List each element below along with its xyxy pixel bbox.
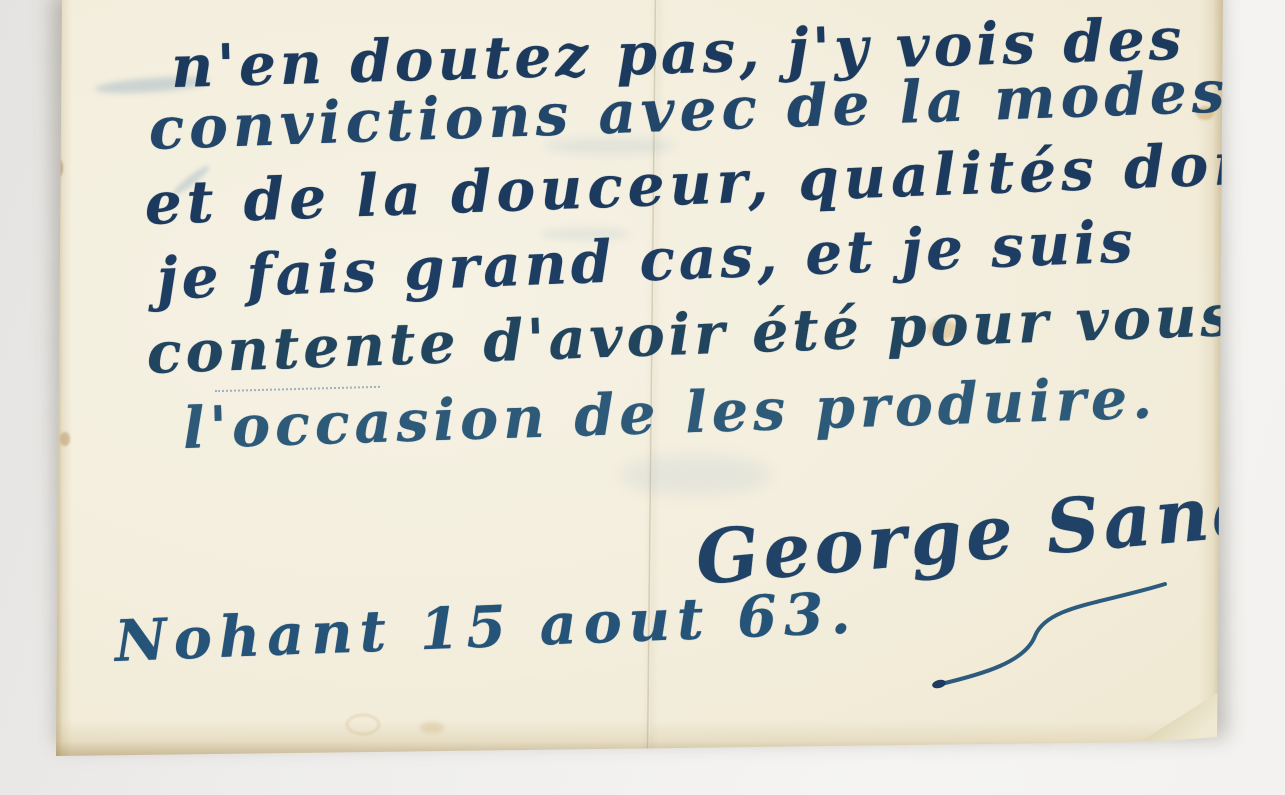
paper-edge-bottom: [50, 720, 1225, 758]
paper-stain: [60, 432, 70, 446]
letter-photograph: n'en doutez pas, j'y vois des conviction…: [0, 0, 1285, 795]
paper-stain-ring: [346, 714, 380, 735]
dateline: Nohant 15 aout 63.: [113, 580, 858, 675]
signature-paraph-flourish: [925, 578, 1175, 698]
ink-bleed-mark: [620, 455, 770, 495]
paper-stain: [420, 722, 444, 733]
letter-sheet: n'en doutez pas, j'y vois des conviction…: [0, 0, 1285, 795]
